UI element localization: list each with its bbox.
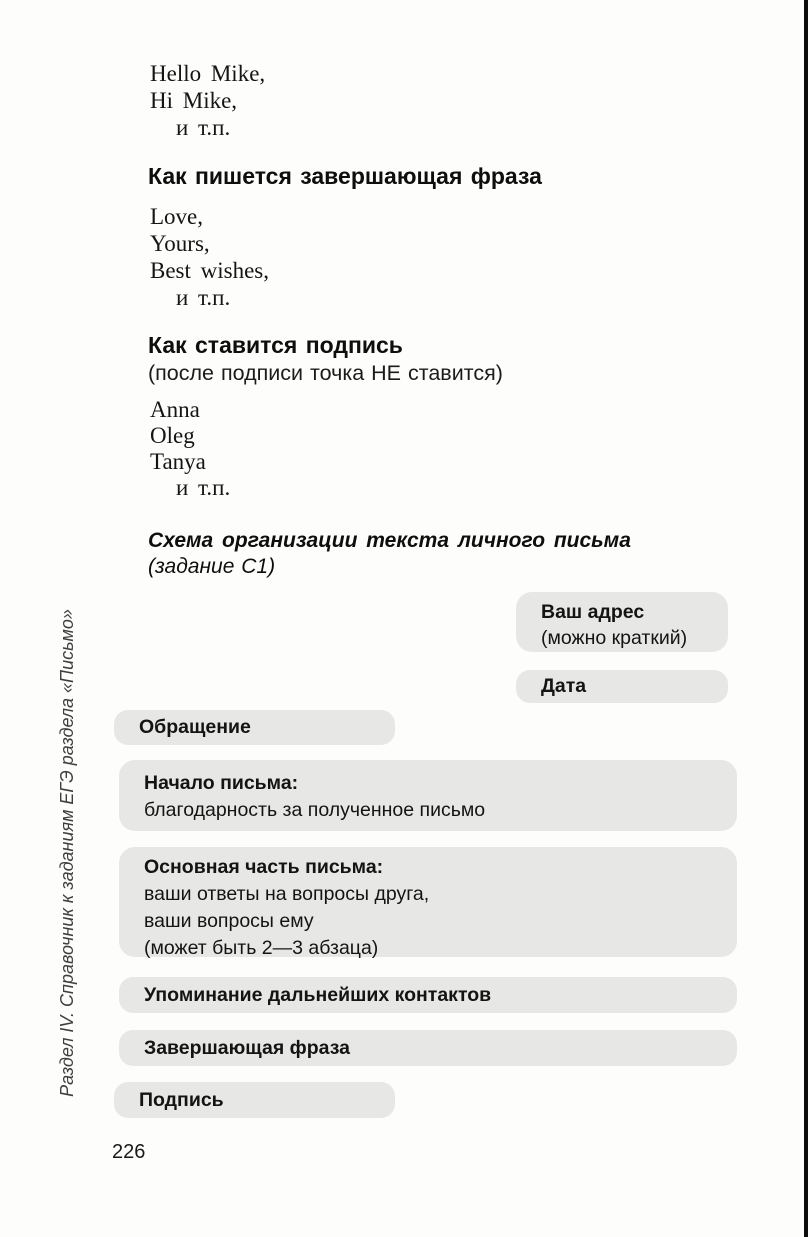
example-line: Hi Mike, <box>150 87 265 114</box>
box-line: благодарность за полученное письмо <box>144 797 737 824</box>
diagram-box-address: Ваш адрес (можно краткий) <box>516 592 728 652</box>
signature-examples: Anna Oleg Tanya и т.п. <box>150 397 230 501</box>
closing-phrase-heading: Как пишется завершающая фраза <box>148 162 542 190</box>
box-title: Начало письма: <box>144 770 737 797</box>
example-line: Oleg <box>150 423 230 449</box>
closing-phrase-examples: Love, Yours, Best wishes, и т.п. <box>150 203 269 311</box>
page-number: 226 <box>112 1141 145 1164</box>
scheme-subheading: (задание С1) <box>148 554 631 580</box>
box-title: Ваш адрес <box>541 599 728 625</box>
box-title: Упоминание дальнейших контактов <box>144 982 491 1009</box>
box-line: ваши вопросы ему <box>144 908 737 935</box>
signature-heading-block: Как ставится подпись (после подписи точк… <box>148 331 503 387</box>
box-title: Дата <box>541 673 586 700</box>
greeting-examples-block: Hello Mike, Hi Mike, и т.п. <box>150 60 265 141</box>
example-line: Best wishes, <box>150 257 269 284</box>
box-title: Основная часть письма: <box>144 854 737 881</box>
diagram-box-main-body: Основная часть письма: ваши ответы на во… <box>119 847 737 957</box>
example-line: Love, <box>150 203 269 230</box>
example-line: Yours, <box>150 230 269 257</box>
etc-label: и т.п. <box>176 114 265 141</box>
scan-edge-bar <box>804 0 808 1237</box>
signature-heading: Как ставится подпись <box>148 331 503 359</box>
scheme-heading-block: Схема организации текста личного письма … <box>148 528 631 580</box>
example-line: Tanya <box>150 449 230 475</box>
box-title: Подпись <box>139 1087 224 1114</box>
scheme-heading: Схема организации текста личного письма <box>148 528 631 554</box>
box-line: (может быть 2—3 абзаца) <box>144 935 737 962</box>
box-title: Завершающая фраза <box>144 1035 350 1062</box>
etc-label: и т.п. <box>176 284 269 311</box>
example-line: Hello Mike, <box>150 60 265 87</box>
diagram-box-salutation: Обращение <box>114 710 395 745</box>
box-line: (можно краткий) <box>541 625 728 651</box>
etc-label: и т.п. <box>176 475 230 501</box>
signature-note: (после подписи точка НЕ ставится) <box>148 359 503 387</box>
diagram-box-contacts: Упоминание дальнейших контактов <box>119 977 737 1013</box>
section-sidebar-label: Раздел IV. Справочник к заданиям ЕГЭ раз… <box>57 573 79 1133</box>
book-page: Раздел IV. Справочник к заданиям ЕГЭ раз… <box>0 0 808 1237</box>
box-line: ваши ответы на вопросы друга, <box>144 881 737 908</box>
box-title: Обращение <box>139 714 251 741</box>
diagram-box-signature: Подпись <box>114 1082 395 1118</box>
diagram-box-opening: Начало письма: благодарность за полученн… <box>119 760 737 831</box>
diagram-box-closing-phrase: Завершающая фраза <box>119 1030 737 1066</box>
diagram-box-date: Дата <box>516 670 728 703</box>
example-line: Anna <box>150 397 230 423</box>
